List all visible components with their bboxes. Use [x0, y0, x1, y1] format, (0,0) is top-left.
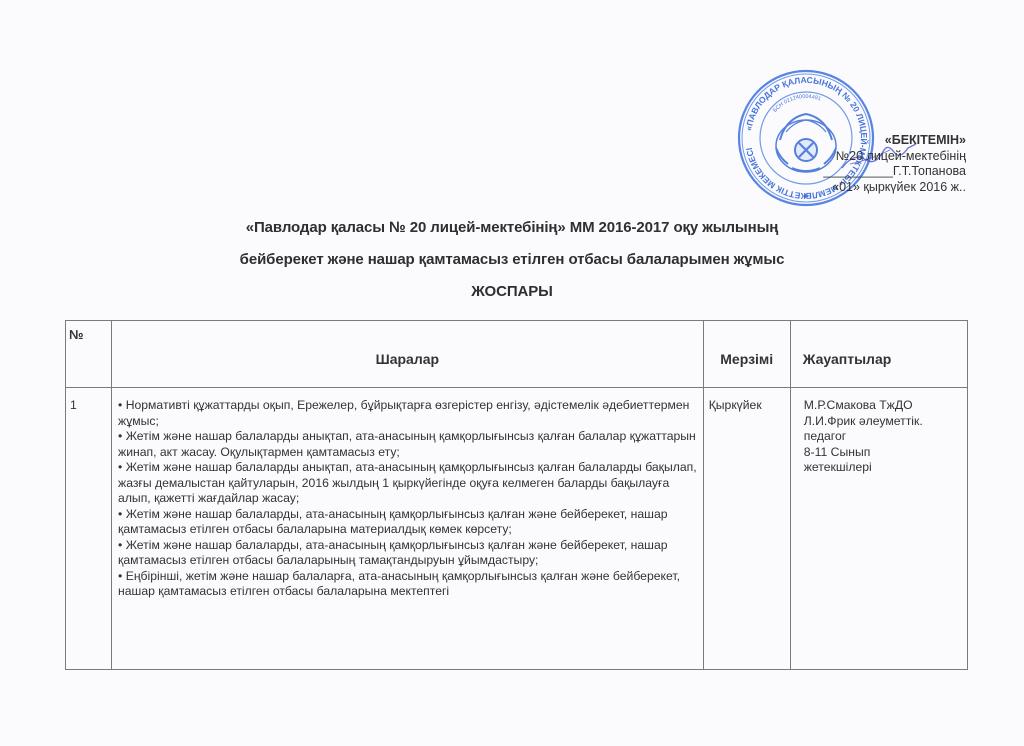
approval-block: «БЕКІТЕМІН» №20 лицей-мектебінің _______…	[823, 133, 966, 195]
title-line-2: бейберекет және нашар қамтамасыз етілген…	[0, 250, 1024, 282]
header-responsible: Жауаптылар	[790, 321, 967, 388]
responsible-line: жетекшілері	[804, 460, 967, 476]
activity-item: • Жетім және нашар балаларды анықтап, ат…	[118, 429, 697, 460]
activity-item: • Жетім және нашар балаларды анықтап, ат…	[118, 460, 697, 507]
approval-title: «БЕКІТЕМІН»	[823, 133, 966, 149]
row-activities: • Нормативті құжаттарды оқып, Ережелер, …	[112, 388, 704, 670]
responsible-line: Л.И.Фрик әлеуметтік.	[804, 414, 967, 430]
header-number: №	[66, 321, 112, 388]
row-term: Қыркүйек	[703, 388, 790, 670]
activity-item: • Жетім және нашар балаларды, ата-анасын…	[118, 507, 697, 538]
document-page: «ПАВЛОДАР ҚАЛАСЫНЫҢ № 20 ЛИЦЕЙ-МЕКТЕБІ» …	[0, 0, 1024, 746]
header-activities: Шаралар	[112, 321, 704, 388]
table-header-row: № Шаралар Мерзімі Жауаптылар	[66, 321, 968, 388]
svg-text:БСН 021240004491: БСН 021240004491	[772, 94, 821, 114]
responsible-line: педагог	[804, 429, 967, 445]
responsible-line: М.Р.Смакова ТжДО	[804, 398, 967, 414]
plan-table: № Шаралар Мерзімі Жауаптылар 1 • Нормати…	[65, 320, 968, 670]
title-line-1: «Павлодар қаласы № 20 лицей-мектебінің» …	[0, 218, 1024, 250]
approval-director: __________Г.Т.Топанова	[823, 164, 966, 180]
approval-school: №20 лицей-мектебінің	[823, 149, 966, 165]
responsible-line: 8-11 Сынып	[804, 445, 967, 461]
row-responsible: М.Р.Смакова ТжДО Л.И.Фрик әлеуметтік. пе…	[790, 388, 967, 670]
activity-item: • Нормативті құжаттарды оқып, Ережелер, …	[118, 398, 697, 429]
title-line-3: ЖОСПАРЫ	[0, 282, 1024, 314]
activity-item: • Жетім және нашар балаларды, ата-анасын…	[118, 538, 697, 569]
document-title: «Павлодар қаласы № 20 лицей-мектебінің» …	[0, 218, 1024, 314]
table-row: 1 • Нормативті құжаттарды оқып, Ережелер…	[66, 388, 968, 670]
approval-date: «01» қыркүйек 2016 ж..	[823, 180, 966, 196]
seal-inner-text: БСН 021240004491	[772, 94, 821, 114]
activity-item: • Еңбірінші, жетім және нашар балаларға,…	[118, 569, 697, 600]
header-term: Мерзімі	[703, 321, 790, 388]
row-number: 1	[66, 388, 112, 670]
